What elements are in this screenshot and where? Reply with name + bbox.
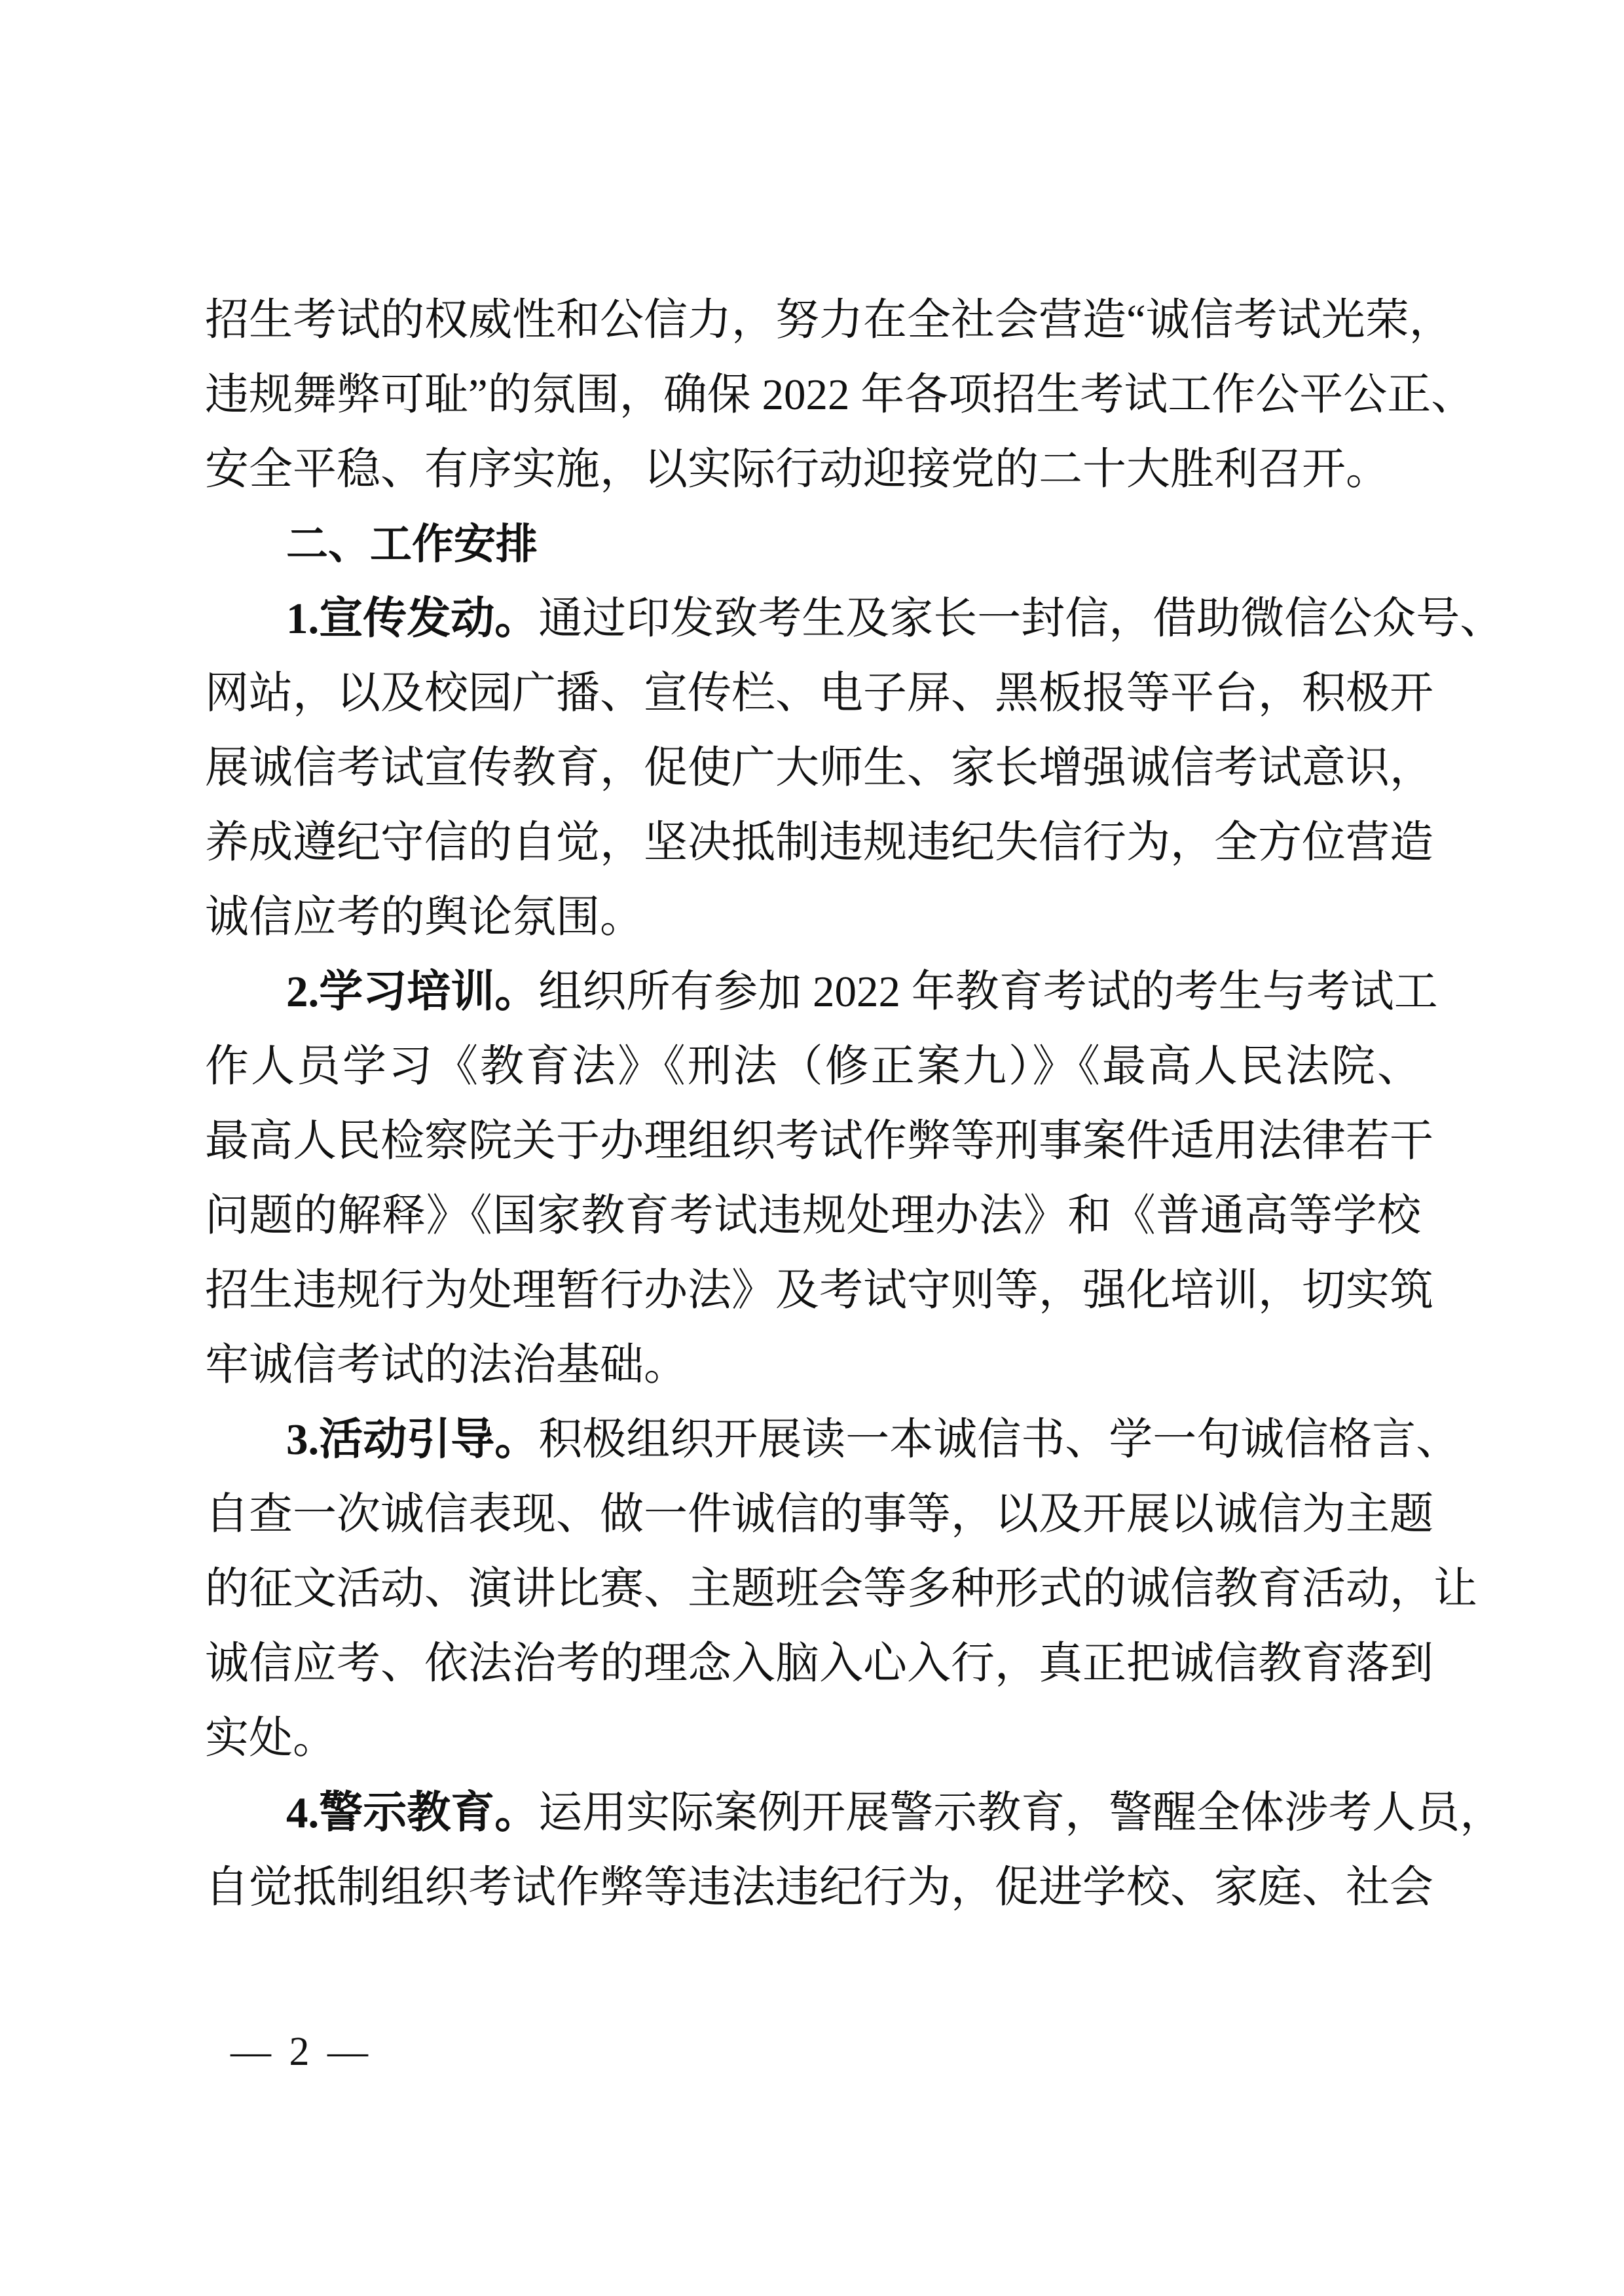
text-line: 4.警示教育。运用实际案例开展警示教育，警醒全体涉考人员， [205,1776,1421,1850]
line-text: 展诚信考试宣传教育，促使广大师生、家长增强诚信考试意识， [205,744,1433,792]
text-line: 实处。 [205,1701,1421,1776]
text-line: 招生考试的权威性和公信力，努力在全社会营造“诚信考试光荣， [205,283,1421,357]
line-text: 运用实际案例开展警示教育，警醒全体涉考人员， [538,1789,1504,1837]
text-line: 安全平稳、有序实施，以实际行动迎接党的二十大胜利召开。 [205,432,1421,507]
text-line: 违规舞弊可耻”的氛围，确保 2022 年各项招生考试工作公平公正、 [205,357,1421,432]
section-heading-label: 二、工作安排 [286,520,538,568]
text-line: 的征文活动、演讲比赛、主题班会等多种形式的诚信教育活动，让 [205,1552,1421,1626]
text-line: 网站，以及校园广播、宣传栏、电子屏、黑板报等平台，积极开 [205,656,1421,731]
line-text: 养成遵纪守信的自觉，坚决抵制违规违纪失信行为，全方位营造 [205,818,1433,867]
text-block: 招生考试的权威性和公信力，努力在全社会营造“诚信考试光荣，违规舞弊可耻”的氛围，… [205,283,1421,1925]
line-text: 作人员学习《教育法》《刑法（修正案九）》《最高人民法院、 [205,1042,1421,1091]
paragraph-label: 4.警示教育。 [286,1789,538,1837]
page-number: — 2 — [231,2026,372,2078]
line-text: 招生考试的权威性和公信力，努力在全社会营造“诚信考试光荣， [205,296,1453,344]
line-text: 违规舞弊可耻”的氛围，确保 2022 年各项招生考试工作公平公正、 [205,371,1475,419]
text-line: 作人员学习《教育法》《刑法（修正案九）》《最高人民法院、 [205,1029,1421,1104]
line-text: 组织所有参加 2022 年教育考试的考生与考试工 [538,968,1438,1016]
text-line: 问题的解释》《国家教育考试违规处理办法》和《普通高等学校 [205,1178,1421,1253]
text-line: 3.活动引导。积极组织开展读一本诚信书、学一句诚信格言、 [205,1402,1421,1477]
text-line: 自觉抵制组织考试作弊等违法违纪行为，促进学校、家庭、社会 [205,1850,1421,1925]
line-text: 积极组织开展读一本诚信书、学一句诚信格言、 [538,1415,1460,1464]
text-line: 养成遵纪守信的自觉，坚决抵制违规违纪失信行为，全方位营造 [205,805,1421,880]
line-text: 最高人民检察院关于办理组织考试作弊等刑事案件适用法律若干 [205,1117,1433,1165]
text-line: 1.宣传发动。通过印发致考生及家长一封信，借助微信公众号、 [205,581,1421,656]
document-page: 招生考试的权威性和公信力，努力在全社会营造“诚信考试光荣，违规舞弊可耻”的氛围，… [0,0,1624,2296]
line-text: 诚信应考、依法治考的理念入脑入心入行，真正把诚信教育落到 [205,1639,1433,1688]
line-text: 诚信应考的舆论氛围。 [205,893,644,941]
text-line: 展诚信考试宣传教育，促使广大师生、家长增强诚信考试意识， [205,731,1421,805]
paragraph-label: 3.活动引导。 [286,1415,538,1464]
line-text: 问题的解释》《国家教育考试违规处理办法》和《普通高等学校 [205,1192,1421,1240]
text-line: 牢诚信考试的法治基础。 [205,1328,1421,1402]
text-line: 诚信应考的舆论氛围。 [205,880,1421,955]
text-line: 最高人民检察院关于办理组织考试作弊等刑事案件适用法律若干 [205,1104,1421,1178]
heading-line: 二、工作安排 [205,507,1421,581]
line-text: 招生违规行为处理暂行办法》及考试守则等，强化培训，切实筑 [205,1266,1433,1315]
line-text: 实处。 [205,1714,337,1762]
text-line: 自查一次诚信表现、做一件诚信的事等，以及开展以诚信为主题 [205,1477,1421,1552]
line-text: 的征文活动、演讲比赛、主题班会等多种形式的诚信教育活动，让 [205,1565,1477,1613]
paragraph-label: 1.宣传发动。 [286,594,538,643]
text-line: 2.学习培训。组织所有参加 2022 年教育考试的考生与考试工 [205,955,1421,1029]
text-line: 招生违规行为处理暂行办法》及考试守则等，强化培训，切实筑 [205,1253,1421,1328]
line-text: 通过印发致考生及家长一封信，借助微信公众号、 [538,594,1504,643]
line-text: 自觉抵制组织考试作弊等违法违纪行为，促进学校、家庭、社会 [205,1863,1433,1912]
line-text: 牢诚信考试的法治基础。 [205,1341,688,1389]
line-text: 网站，以及校园广播、宣传栏、电子屏、黑板报等平台，积极开 [205,669,1433,718]
line-text: 自查一次诚信表现、做一件诚信的事等，以及开展以诚信为主题 [205,1490,1433,1539]
paragraph-label: 2.学习培训。 [286,968,538,1016]
line-text: 安全平稳、有序实施，以实际行动迎接党的二十大胜利召开。 [205,445,1390,494]
text-line: 诚信应考、依法治考的理念入脑入心入行，真正把诚信教育落到 [205,1626,1421,1701]
